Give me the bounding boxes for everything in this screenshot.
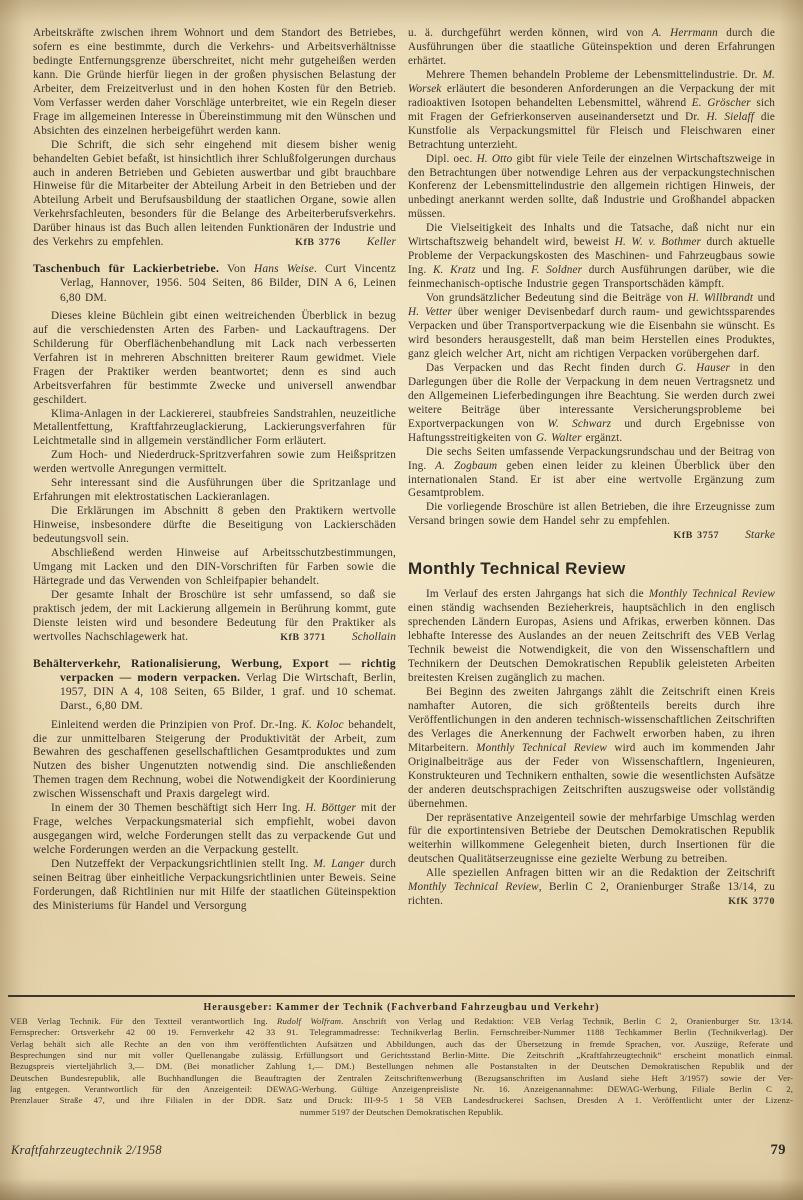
- review-signature: KfK 3770: [710, 895, 775, 909]
- review-paragraph: Der gesamte Inhalt der Broschüre ist seh…: [33, 589, 396, 645]
- right-column: u. ä. durchgeführt werden können, wird v…: [408, 27, 775, 989]
- review-paragraph: Die Schrift, die sich sehr eingehend mit…: [33, 139, 396, 251]
- review-id: KfB 3771: [280, 632, 326, 643]
- paragraph-text: In einem der 30 Themen beschäftigt sich …: [33, 802, 396, 856]
- review-paragraph: u. ä. durchgeführt werden können, wird v…: [408, 27, 775, 69]
- paragraph-text: Den Nutzeffekt der Verpackungsrichtlinie…: [33, 858, 396, 912]
- review-paragraph: Dipl. oec. H. Otto gibt für viele Teile …: [408, 153, 775, 223]
- paragraph-text: Abschließend werden Hinweise auf Arbeits…: [33, 547, 396, 587]
- paragraph-text: Dieses kleine Büchlein gibt einen weitre…: [33, 310, 396, 406]
- paragraph-text: Mehrere Themen behandeln Probleme der Le…: [408, 69, 775, 151]
- review-paragraph: Dieses kleine Büchlein gibt einen weitre…: [33, 310, 396, 408]
- review-id: KfK 3770: [728, 896, 775, 907]
- review-paragraph: Die Vielseitigkeit des Inhalts und die T…: [408, 222, 775, 292]
- review-paragraph: Die sechs Seiten umfassende Verpackungsr…: [408, 446, 775, 502]
- review-paragraph: Einleitend werden die Prinzipien von Pro…: [33, 719, 396, 803]
- footer-bottom: Kraftfahrzeugtechnik 2/1958 79: [0, 1118, 803, 1159]
- review-paragraph: Die vorliegende Broschüre ist allen Betr…: [408, 501, 775, 543]
- review-paragraph: Abschließend werden Hinweise auf Arbeits…: [33, 547, 396, 589]
- review-paragraph: Die Erklärungen im Abschnitt 8 geben den…: [33, 505, 396, 547]
- imprint-line: Bezugspreis vierteljährlich 3,— DM. (Bei…: [10, 1061, 793, 1072]
- book-heading: Behälterverkehr, Rationalisierung, Werbu…: [33, 657, 396, 714]
- imprint-line: Verlag behält sich alle Rechte an den vo…: [10, 1039, 793, 1050]
- review-signature: KfB 3757Starke: [656, 529, 775, 543]
- paragraph-text: Der repräsentative Anzeigenteil sowie de…: [408, 812, 775, 866]
- paragraph-text: Dipl. oec. H. Otto gibt für viele Teile …: [408, 153, 775, 221]
- paragraph-text: Taschenbuch für Lackierbetriebe. Von Han…: [33, 263, 396, 303]
- review-paragraph: Alle speziellen Anfragen bitten wir an d…: [408, 867, 775, 909]
- text-columns: Arbeitskräfte zwischen ihrem Wohnort und…: [0, 0, 803, 989]
- reviewer-name: Keller: [367, 236, 396, 248]
- page-number: 79: [771, 1142, 787, 1159]
- review-paragraph: Zum Hoch- und Niederdruck-Spritzverfahre…: [33, 449, 396, 477]
- imprint-line: VEB Verlag Technik. Für den Textteil ver…: [10, 1016, 793, 1027]
- paragraph-text: Die sechs Seiten umfassende Verpackungsr…: [408, 446, 775, 500]
- imprint-line: Fernsprecher: Ortsverkehr 42 00 19. Fern…: [10, 1027, 793, 1038]
- review-signature: KfB 3771Schollain: [262, 631, 396, 645]
- imprint-line: Deutschen Bundesrepublik, alle Buchhandl…: [10, 1073, 793, 1084]
- imprint-line: lag entgegen. Verantwortlich für den Anz…: [10, 1084, 793, 1095]
- review-paragraph: Arbeitskräfte zwischen ihrem Wohnort und…: [33, 27, 396, 139]
- book-heading: Taschenbuch für Lackierbetriebe. Von Han…: [33, 262, 396, 305]
- imprint-line: Besprechungen sind nur mit voller Quelle…: [10, 1050, 793, 1061]
- review-signature: KfB 3776Keller: [277, 236, 396, 250]
- paragraph-text: Einleitend werden die Prinzipien von Pro…: [33, 719, 396, 801]
- paragraph-text: Von grundsätzlicher Bedeutung sind die B…: [408, 292, 775, 360]
- imprint-block: Herausgeber: Kammer der Technik (Fachver…: [0, 997, 803, 1118]
- review-id: KfB 3776: [295, 237, 341, 248]
- paragraph-text: Die Vielseitigkeit des Inhalts und die T…: [408, 222, 775, 290]
- imprint-line: Prenzlauer Straße 47, und ihre Filialen …: [10, 1095, 793, 1106]
- review-paragraph: Den Nutzeffekt der Verpackungsrichtlinie…: [33, 858, 396, 914]
- reviewer-name: Schollain: [352, 631, 396, 643]
- reviewer-name: Starke: [745, 529, 775, 541]
- paragraph-text: Klima-Anlagen in der Lackiererei, staubf…: [33, 408, 396, 448]
- paragraph-text: Die vorliegende Broschüre ist allen Betr…: [408, 501, 775, 527]
- review-paragraph: Bei Beginn des zweiten Jahrgangs zählt d…: [408, 686, 775, 812]
- paragraph-text: Arbeitskräfte zwischen ihrem Wohnort und…: [33, 27, 396, 137]
- review-paragraph: Mehrere Themen behandeln Probleme der Le…: [408, 69, 775, 153]
- left-column: Arbeitskräfte zwischen ihrem Wohnort und…: [33, 27, 396, 989]
- review-paragraph: Sehr interessant sind die Ausführungen ü…: [33, 477, 396, 505]
- paragraph-text: u. ä. durchgeführt werden können, wird v…: [408, 27, 775, 67]
- paragraph-text: Behälterverkehr, Rationalisierung, Werbu…: [33, 658, 396, 713]
- review-paragraph: Von grundsätzlicher Bedeutung sind die B…: [408, 292, 775, 362]
- paragraph-text: Das Verpacken und das Recht finden durch…: [408, 362, 775, 444]
- imprint-lines: VEB Verlag Technik. Für den Textteil ver…: [10, 1016, 793, 1118]
- page-footer: Herausgeber: Kammer der Technik (Fachver…: [0, 995, 803, 1159]
- review-paragraph: In einem der 30 Themen beschäftigt sich …: [33, 802, 396, 858]
- review-paragraph: Klima-Anlagen in der Lackiererei, staubf…: [33, 408, 396, 450]
- paragraph-text: Die Erklärungen im Abschnitt 8 geben den…: [33, 505, 396, 545]
- imprint-line: nummer 5197 der Deutschen Demokratischen…: [10, 1107, 793, 1118]
- review-paragraph: Der repräsentative Anzeigenteil sowie de…: [408, 812, 775, 868]
- review-id: KfB 3757: [674, 530, 720, 541]
- publisher-line: Herausgeber: Kammer der Technik (Fachver…: [10, 1002, 793, 1013]
- review-paragraph: Im Verlauf des ersten Jahrgangs hat sich…: [408, 588, 775, 686]
- journal-issue-ref: Kraftfahrzeugtechnik 2/1958: [11, 1143, 162, 1158]
- paragraph-text: Bei Beginn des zweiten Jahrgangs zählt d…: [408, 686, 775, 810]
- review-paragraph: Das Verpacken und das Recht finden durch…: [408, 362, 775, 446]
- paragraph-text: Zum Hoch- und Niederdruck-Spritzverfahre…: [33, 449, 396, 475]
- paragraph-text: Sehr interessant sind die Ausführungen ü…: [33, 477, 396, 503]
- paragraph-text: Die Schrift, die sich sehr eingehend mit…: [33, 139, 396, 249]
- scanned-journal-page: Arbeitskräfte zwischen ihrem Wohnort und…: [0, 0, 803, 1200]
- section-title: Monthly Technical Review: [408, 559, 775, 579]
- paragraph-text: Im Verlauf des ersten Jahrgangs hat sich…: [408, 588, 775, 684]
